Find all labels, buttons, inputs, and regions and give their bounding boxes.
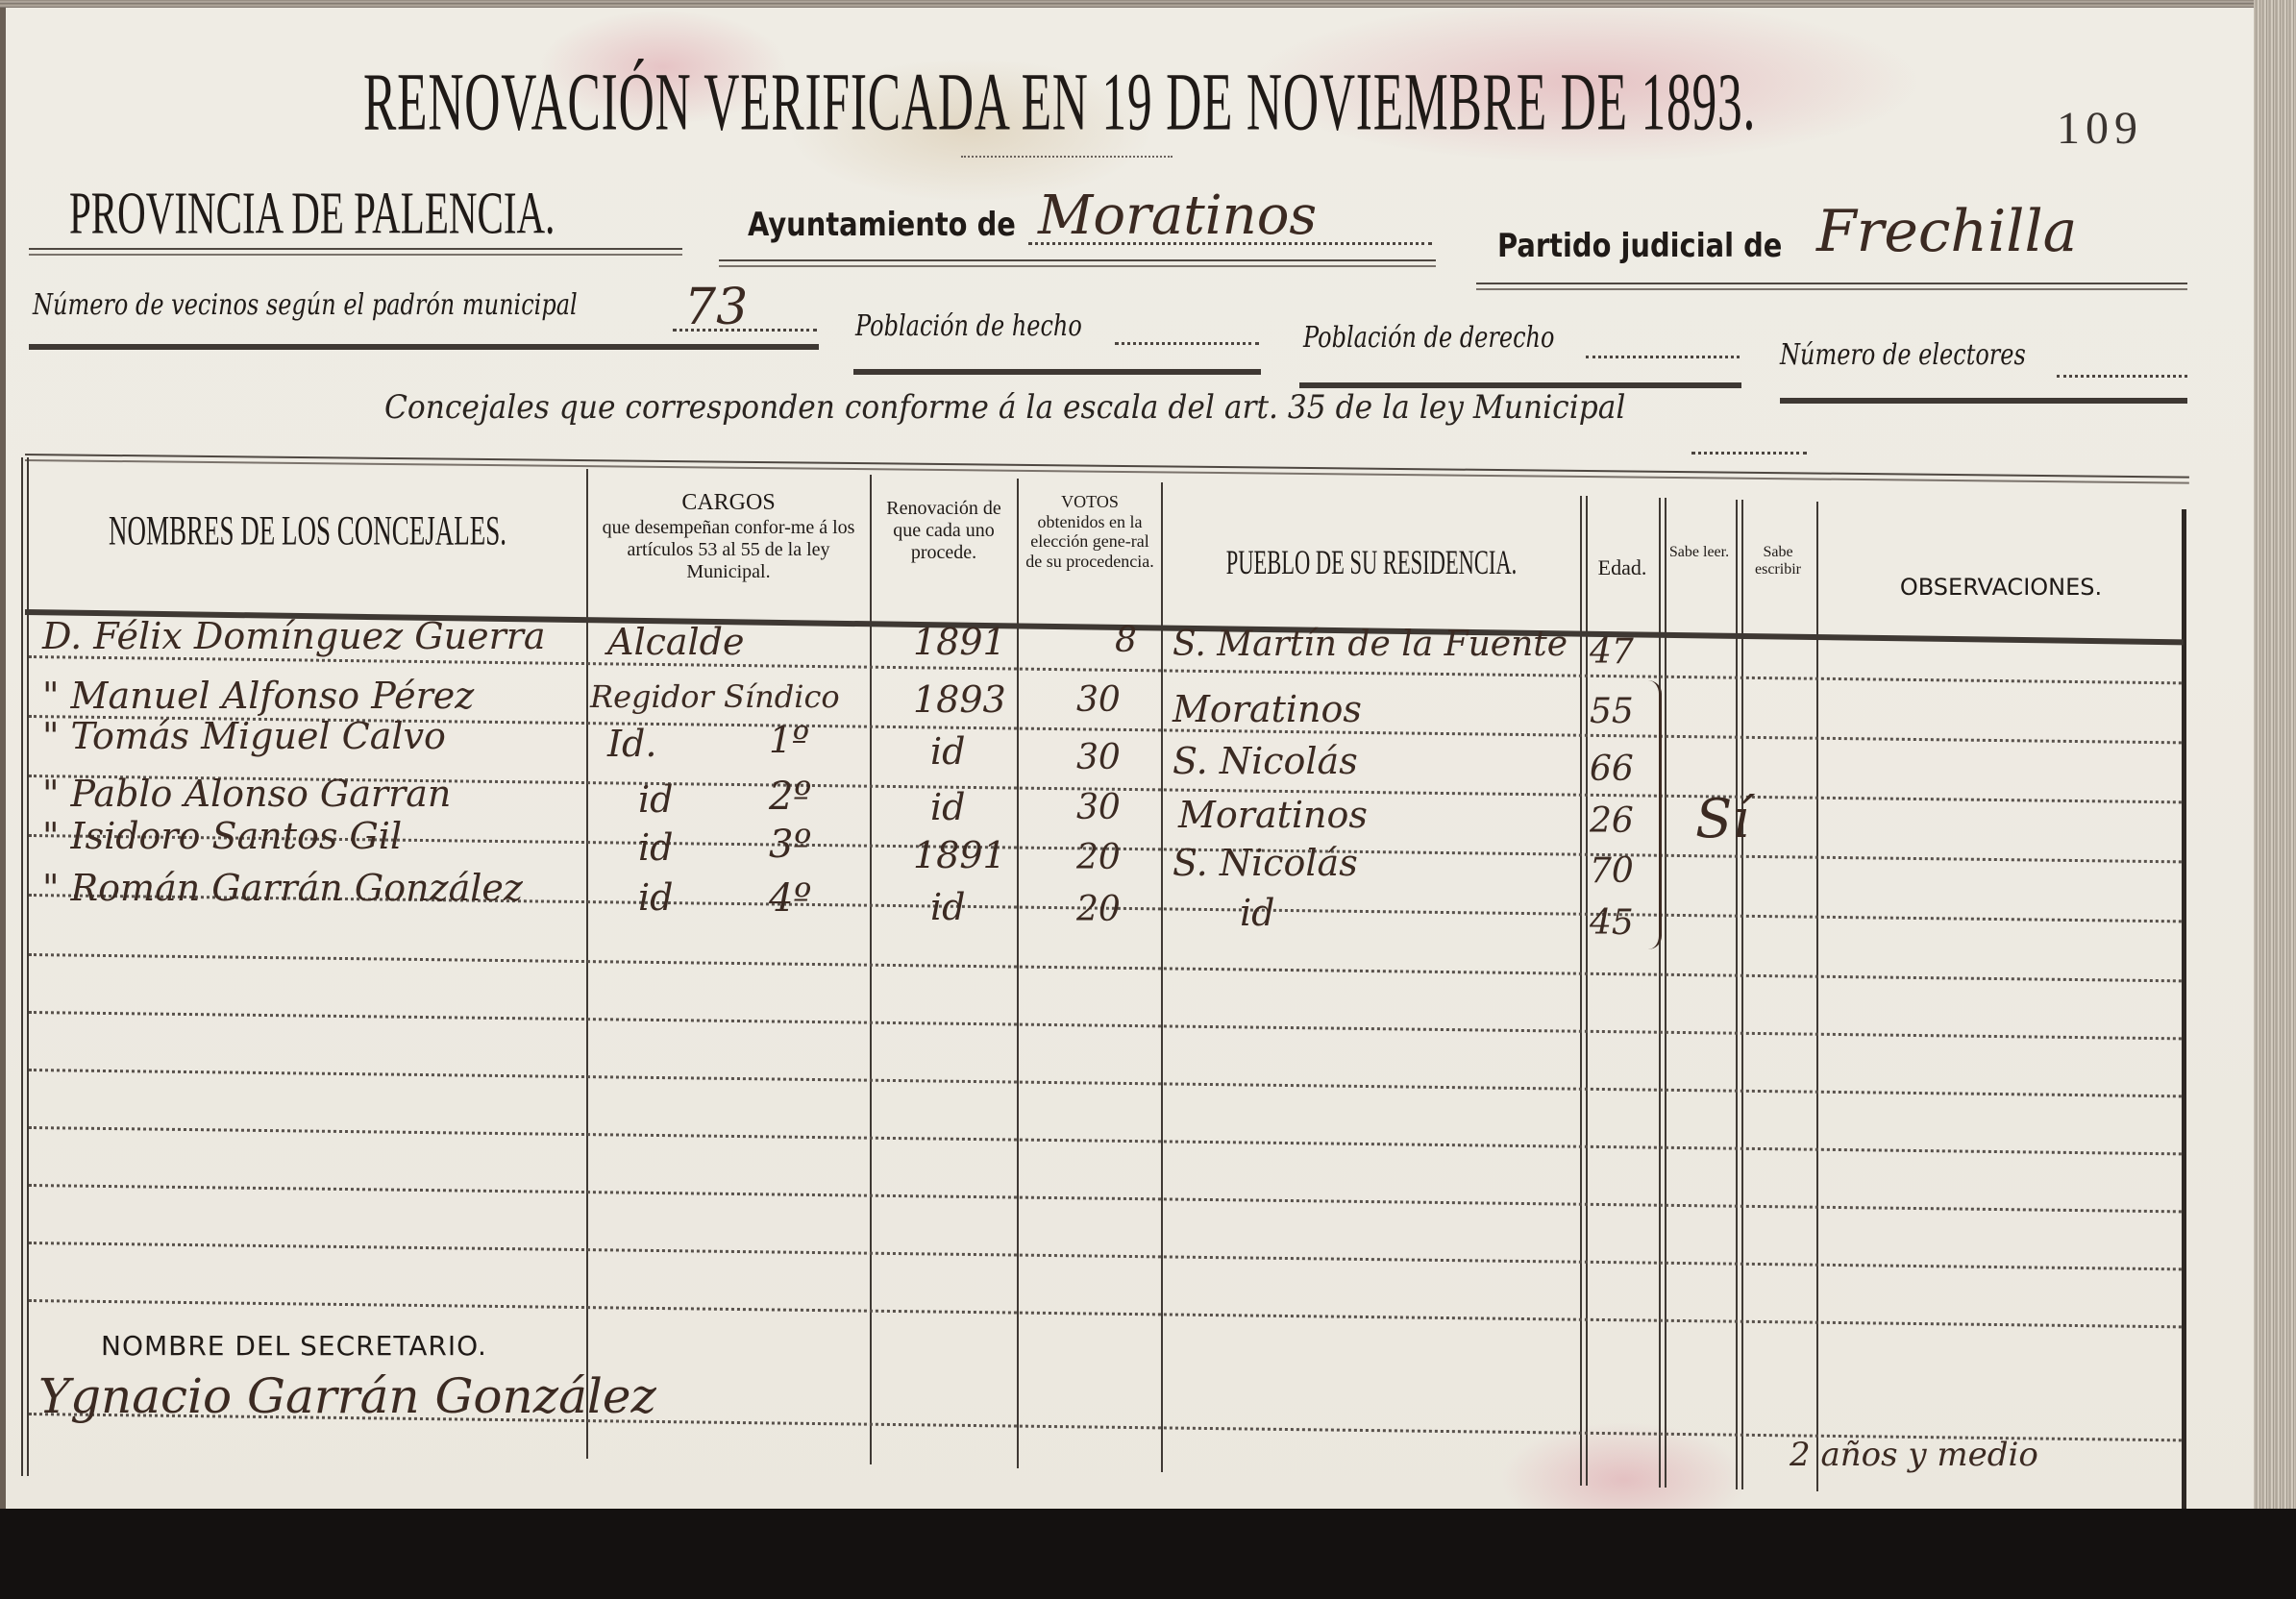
cell-nombre[interactable]: " Manuel Alfonso Pérez: [42, 675, 474, 717]
header-votos-title: VOTOS: [1021, 492, 1159, 512]
observaciones-note[interactable]: 2 años y medio: [1790, 1436, 2038, 1474]
header-renovacion: Renovación de que cada uno procede.: [873, 498, 1015, 564]
partido-rule: [1476, 283, 2187, 290]
ayuntamiento-dotted-line: [1028, 242, 1432, 245]
header-cargos: CARGOS que desempeñan confor-me á los ar…: [588, 490, 869, 583]
cell-nombre[interactable]: " Tomás Miguel Calvo: [42, 715, 446, 757]
cell-orden[interactable]: 2º: [769, 775, 811, 819]
col-line: [1580, 496, 1588, 1486]
cell-votos[interactable]: 30: [1076, 680, 1121, 720]
cell-cargo[interactable]: Regidor Síndico: [590, 678, 840, 715]
cell-votos[interactable]: 8: [1115, 621, 1137, 660]
cell-edad[interactable]: 47: [1590, 632, 1634, 672]
cell-nombre[interactable]: " Román Garrán González: [42, 867, 523, 909]
cell-cargo[interactable]: Id.: [607, 723, 656, 765]
header-cargos-title: CARGOS: [588, 490, 869, 517]
poblacion-hecho-label: Población de hecho: [855, 309, 1082, 343]
concejales-subtitle: Concejales que corresponden conforme á l…: [384, 388, 1625, 427]
cell-votos[interactable]: 30: [1076, 738, 1121, 777]
cell-votos[interactable]: 30: [1076, 788, 1121, 827]
secretario-signature[interactable]: Ygnacio Garrán González: [38, 1368, 656, 1424]
sabe-leer-escribir-value[interactable]: Sí: [1695, 788, 1749, 850]
cell-votos[interactable]: 20: [1076, 838, 1121, 877]
cell-renovacion[interactable]: 1891: [913, 834, 1006, 876]
ayuntamiento-label: Ayuntamiento de: [748, 206, 1016, 244]
cell-votos[interactable]: 20: [1076, 890, 1121, 929]
cell-pueblo[interactable]: Moratinos: [1178, 794, 1368, 836]
page-left-edge: [0, 8, 6, 1545]
vecinos-rule: [29, 344, 819, 350]
cell-nombre[interactable]: " Isidoro Santos Gil: [42, 815, 402, 857]
cell-orden[interactable]: 4º: [769, 876, 811, 921]
cell-pueblo[interactable]: S. Nicolás: [1173, 740, 1358, 782]
header-sabe-leer: Sabe leer.: [1665, 544, 1734, 561]
cell-pueblo[interactable]: S. Martín de la Fuente: [1173, 625, 1568, 664]
poblacion-hecho-rule: [853, 369, 1261, 375]
col-line: [1736, 500, 1743, 1489]
title-underline: [961, 156, 1173, 161]
book-shadow: [0, 1509, 2296, 1599]
secretario-label: NOMBRE DEL SECRETARIO.: [101, 1330, 487, 1362]
province-label: PROVINCIA DE PALENCIA.: [69, 178, 555, 248]
cell-edad[interactable]: 66: [1590, 750, 1634, 789]
cell-orden[interactable]: 3º: [769, 823, 811, 867]
vecinos-value[interactable]: 73: [684, 279, 748, 336]
cell-cargo[interactable]: id: [638, 876, 673, 919]
cell-renovacion[interactable]: 1891: [913, 621, 1006, 663]
cell-pueblo[interactable]: id: [1240, 892, 1274, 934]
cell-nombre[interactable]: " Pablo Alonso Garran: [42, 773, 451, 815]
col-line: [1659, 498, 1666, 1488]
header-votos-sub: obtenidos en la elección gene-ral de su …: [1021, 512, 1159, 572]
page-number: 109: [2057, 102, 2143, 155]
cell-renovacion[interactable]: 1893: [913, 678, 1006, 721]
partido-value[interactable]: Frechilla: [1816, 198, 2077, 265]
cell-pueblo[interactable]: S. Nicolás: [1173, 842, 1358, 884]
ayuntamiento-rule: [719, 259, 1436, 267]
cell-edad[interactable]: 70: [1590, 851, 1634, 891]
cell-pueblo[interactable]: Moratinos: [1173, 688, 1362, 730]
cell-renovacion[interactable]: id: [930, 786, 965, 828]
table-right-border: [2182, 509, 2186, 1528]
book-page-stack: [2254, 0, 2296, 1576]
cell-edad[interactable]: 55: [1590, 692, 1634, 731]
header-nombres: NOMBRES DE LOS CONCEJALES.: [106, 507, 509, 555]
document-title: RENOVACIÓN VERIFICADA EN 19 DE NOVIEMBRE…: [363, 56, 1533, 151]
cell-renovacion[interactable]: id: [930, 886, 965, 928]
header-sabe-escribir: Sabe escribir: [1741, 544, 1815, 579]
bracket-mark: [1645, 680, 1662, 949]
header-votos: VOTOS obtenidos en la elección gene-ral …: [1021, 492, 1159, 572]
vecinos-dotted-line: [673, 329, 817, 332]
header-cargos-sub: que desempeñan confor-me á los artículos…: [588, 517, 869, 583]
cell-cargo[interactable]: id: [638, 826, 673, 869]
subtitle-dotted-line: [1691, 452, 1807, 455]
header-observaciones: OBSERVACIONES.: [1820, 575, 2182, 602]
cell-nombre[interactable]: D. Félix Domínguez Guerra: [42, 615, 546, 657]
poblacion-derecho-dotted-line: [1586, 356, 1740, 358]
cell-edad[interactable]: 26: [1590, 801, 1634, 841]
poblacion-derecho-label: Población de derecho: [1303, 321, 1554, 355]
cell-orden[interactable]: 1º: [769, 719, 809, 761]
cell-cargo[interactable]: Alcalde: [607, 621, 745, 663]
electores-dotted-line: [2057, 375, 2187, 378]
ayuntamiento-value[interactable]: Moratinos: [1038, 184, 1317, 247]
electores-rule: [1780, 398, 2187, 404]
electores-label: Número de electores: [1780, 338, 2026, 372]
header-pueblo: PUEBLO DE SU RESIDENCIA.: [1217, 544, 1527, 583]
cell-cargo[interactable]: id: [638, 778, 673, 821]
header-edad: Edad.: [1586, 555, 1659, 579]
poblacion-hecho-dotted-line: [1115, 342, 1259, 345]
province-rule: [29, 248, 682, 256]
cell-renovacion[interactable]: id: [930, 730, 965, 773]
vecinos-label: Número de vecinos según el padrón munici…: [33, 288, 578, 322]
col-line: [1816, 502, 1818, 1491]
partido-label: Partido judicial de: [1497, 227, 1782, 265]
cell-edad[interactable]: 45: [1590, 903, 1634, 943]
